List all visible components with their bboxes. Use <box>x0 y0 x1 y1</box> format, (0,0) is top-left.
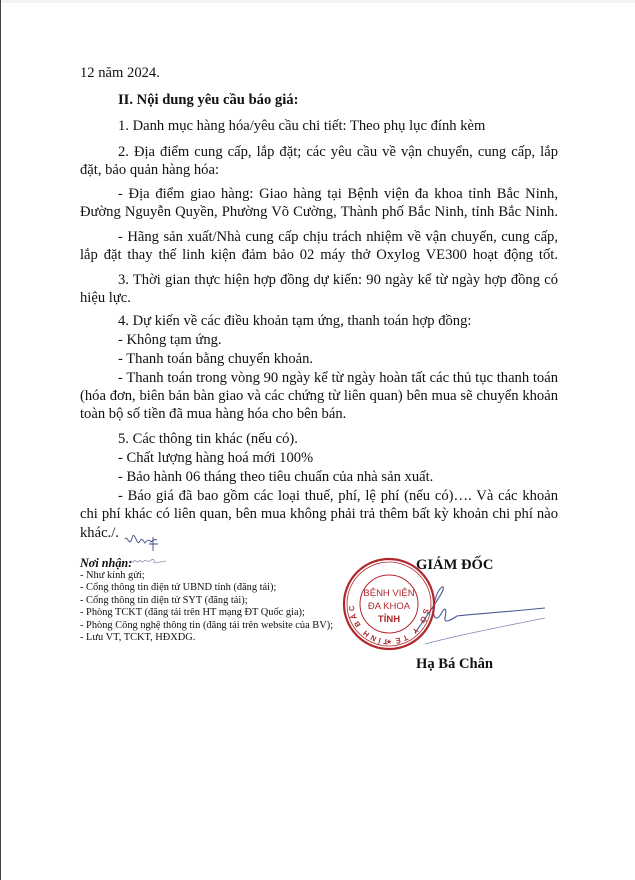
item-3-duration-line2: hiệu lực. <box>80 289 131 307</box>
supplier-responsibility-line2: lắp đặt thay thế linh kiện đảm bảo 02 má… <box>80 246 558 264</box>
payment-within-90-days-line1: - Thanh toán trong vòng 90 ngày kể từ ng… <box>118 369 558 387</box>
text-line-date-continuation: 12 năm 2024. <box>80 64 160 82</box>
supplier-responsibility-line1: - Hãng sản xuất/Nhà cung cấp chịu trách … <box>118 228 558 246</box>
warranty-06-months: - Bảo hành 06 tháng theo tiêu chuẩn của … <box>118 468 433 486</box>
price-includes-taxes-line3: khác./. <box>80 524 119 542</box>
item-3-duration-line1: 3. Thời gian thực hiện hợp đồng dự kiến:… <box>118 271 558 289</box>
handwritten-initials-recipients <box>128 554 168 568</box>
signer-name: Hạ Bá Chân <box>416 656 493 673</box>
recipient-item: - Cổng thông tin điện tử UBND tỉnh (đăng… <box>80 582 333 594</box>
recipient-item: - Phòng TCKT (đăng tải trên HT mạng ĐT Q… <box>80 607 333 619</box>
item-4-payment-terms: 4. Dự kiến về các điều khoản tạm ứng, th… <box>118 312 471 330</box>
recipient-item: - Như kính gửi; <box>80 570 333 582</box>
document-page: 12 năm 2024. II. Nội dung yêu cầu báo gi… <box>0 0 635 880</box>
recipients-block: Nơi nhận: - Như kính gửi; - Cổng thông t… <box>80 556 333 644</box>
quality-new-100: - Chất lượng hàng hoá mới 100% <box>118 449 313 467</box>
recipient-item: - Phòng Công nghệ thông tin (đăng tải tr… <box>80 620 333 632</box>
price-includes-taxes-line1: - Báo giá đã bao gồm các loại thuế, phí,… <box>118 487 558 505</box>
item-2-location-line2: đặt, bảo quản hàng hóa: <box>80 161 219 179</box>
page-left-border <box>0 0 1 880</box>
recipients-title: Nơi nhận: <box>80 556 333 570</box>
payment-within-90-days-line3: toàn bộ số tiền đã mua hàng hóa cho bên … <box>80 405 346 423</box>
section-heading-quote-content: II. Nội dung yêu cầu báo giá: <box>118 91 298 109</box>
recipient-item: - Lưu VT, TCKT, HĐXDG. <box>80 632 333 644</box>
handwritten-initials <box>123 531 163 553</box>
payment-no-advance: - Không tạm ứng. <box>118 331 222 349</box>
payment-bank-transfer: - Thanh toán bằng chuyển khoản. <box>118 350 313 368</box>
delivery-location-line1: - Địa điểm giao hàng: Giao hàng tại Bệnh… <box>118 185 558 203</box>
delivery-location-line2: Đường Nguyễn Quyền, Phường Võ Cường, Thà… <box>80 203 558 221</box>
official-stamp: SỞ Y TẾ TỈNH BẮC NINH BỆNH VIỆN ĐA KHOA … <box>341 556 437 652</box>
page-top-shade <box>0 0 635 3</box>
price-includes-taxes-line2: chi phí khác có liên quan, bên mua không… <box>80 505 558 523</box>
item-2-location-line1: 2. Địa điểm cung cấp, lắp đặt; các yêu c… <box>118 143 558 161</box>
item-1-goods-list: 1. Danh mục hàng hóa/yêu cầu chi tiết: T… <box>118 117 485 135</box>
stamp-text-line2: ĐA KHOA <box>368 601 411 612</box>
recipient-item: - Cổng thông tin điện tử SYT (đăng tải); <box>80 595 333 607</box>
item-5-other-info: 5. Các thông tin khác (nếu có). <box>118 430 298 448</box>
stamp-star-icon: ★ <box>386 638 392 646</box>
payment-within-90-days-line2: (hóa đơn, biên bản bàn giao và các chứng… <box>80 387 558 405</box>
stamp-text-line3: TỈNH <box>378 613 400 625</box>
stamp-text-line1: BỆNH VIỆN <box>363 588 414 599</box>
